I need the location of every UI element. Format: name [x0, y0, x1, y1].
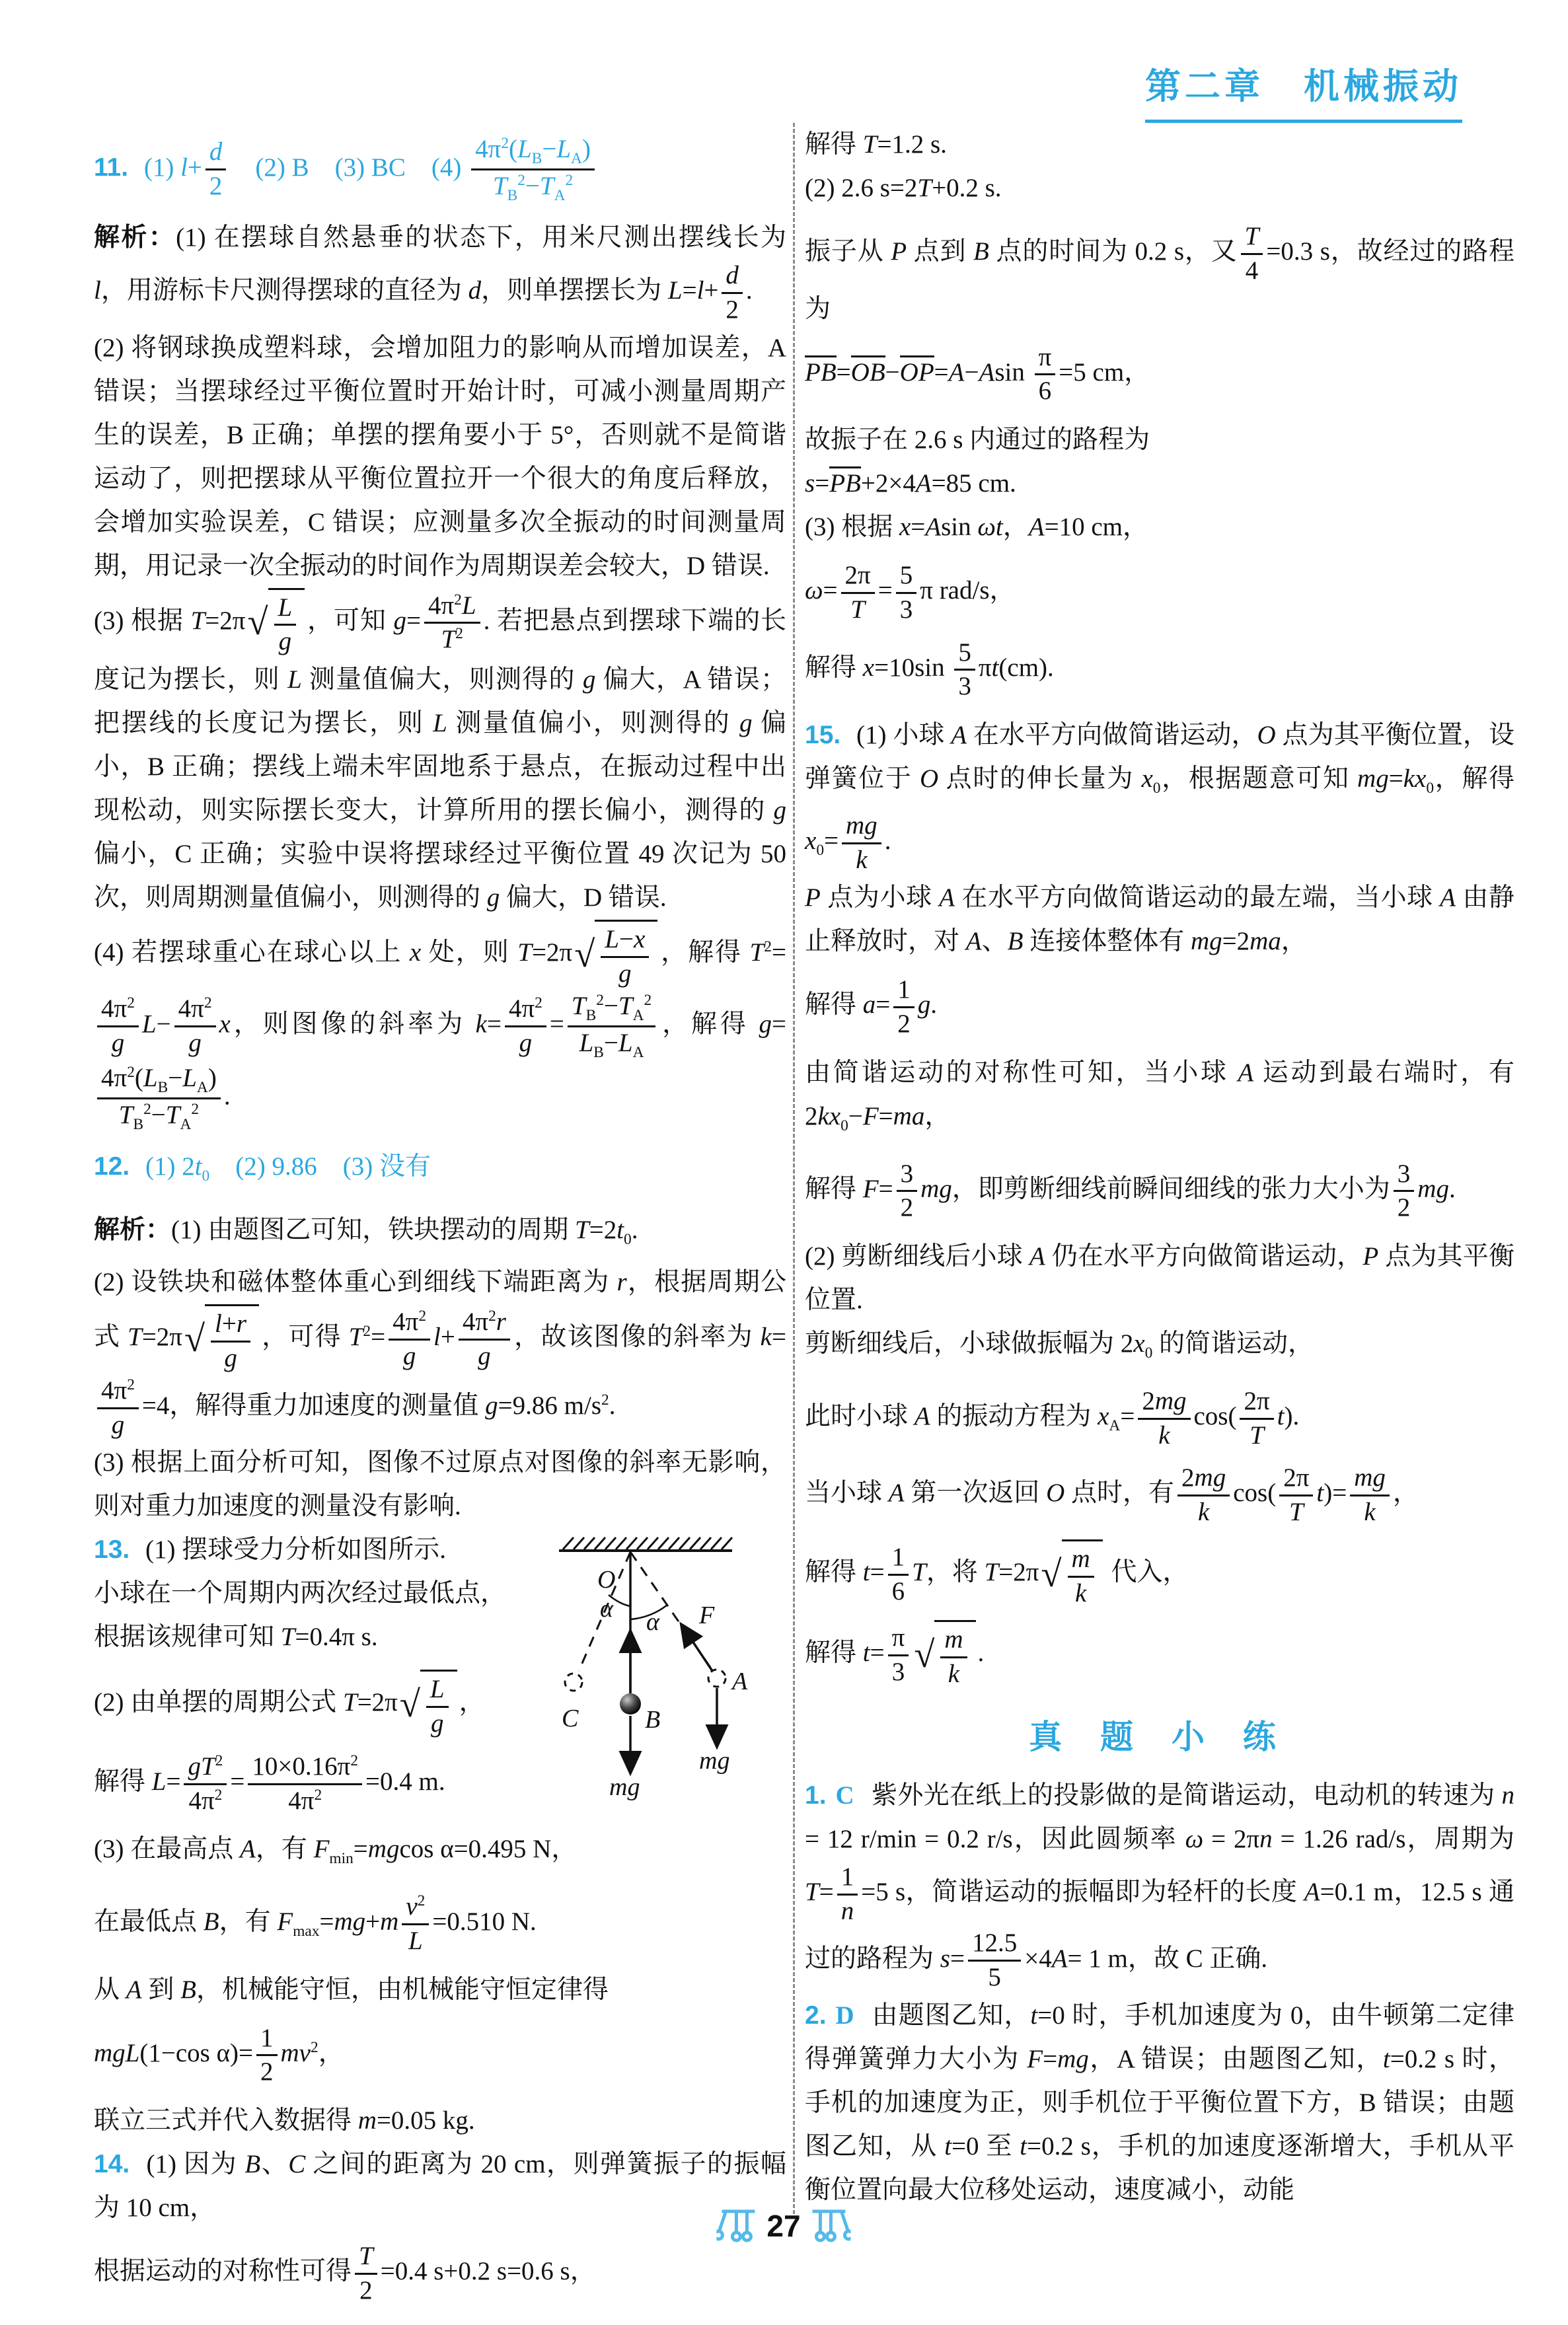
q13-solution-10: 联立三式并代入数据得 m=0.05 kg. [94, 2099, 786, 2143]
label-mg-a: mg [699, 1747, 729, 1775]
q11-solution-1: 解析：(1) 在摆球自然悬垂的状态下，用米尺测出摆线长为 l，用游标卡尺测得摆球… [94, 216, 786, 326]
chapter-title: 第二章 机械振动 [1145, 58, 1462, 123]
right-column: 解得 T=1.2 s. (2) 2.6 s=2T+0.2 s. 振子从 P 点到… [805, 123, 1514, 2212]
q12-solution-1: 解析：(1) 由题图乙可知，铁块摆动的周期 T=2t0. [94, 1208, 786, 1261]
q12-number: 12. [94, 1152, 130, 1181]
newton-cradle-icon [810, 2209, 851, 2243]
q14-cont-3: 振子从 P 点到 B 点的时间为 0.2 s，又T4=0.3 s，故经过的路程为 [805, 221, 1514, 331]
exam-practice-title: 真 题 小 练 [805, 1711, 1514, 1758]
q15-solution-1: 15. (1) 小球 A 在水平方向做简谐运动，O 点为其平衡位置，设弹簧位于 … [805, 714, 1514, 876]
q12-answers: (1) 2t0 (2) 9.86 (3) 没有 [145, 1152, 431, 1181]
q14-cont-7: (3) 根据 x=Asin ωt，A=10 cm， [805, 505, 1514, 549]
q15-solution-1-text: (1) 小球 A 在水平方向做简谐运动，O 点为其平衡位置，设弹簧位于 O 点时… [805, 721, 1514, 855]
q14-cont-4: PB=OB−OP=A−Asin π6=5 cm， [805, 342, 1514, 408]
ball-c-ghost [565, 1674, 582, 1691]
q14-solution-2: 根据运动的对称性可得T2=0.4 s+0.2 s=0.6 s， [94, 2240, 786, 2307]
column-divider [793, 123, 795, 2214]
q14-solution-1-text: (1) 因为 B、C 之间的距离为 20 cm，则弹簧振子的振幅为 10 cm， [94, 2150, 786, 2222]
q15-solution-10: 解得 t=16T，将 T=2π√mk 代入， [805, 1539, 1514, 1610]
exam-q2-number: 2. [805, 2001, 827, 2030]
q14-number: 14. [94, 2150, 130, 2178]
exam-q2-text: 由题图乙知，t=0 时，手机加速度为 0，由牛顿第二定律得弹簧弹力大小为 F=m… [805, 2001, 1514, 2204]
label-alpha-left: α [600, 1595, 614, 1623]
label-f: F [698, 1602, 715, 1629]
q15-solution-7: 剪断细线后，小球做振幅为 2x0 的简谐运动， [805, 1322, 1514, 1375]
ball-a-ghost [708, 1670, 726, 1687]
ball-b [620, 1693, 641, 1715]
q11-solution-4: (4) 若摆球重心在球心以上 x 处，则 T=2π√L−xg，解得 T2=4π2… [94, 920, 786, 1134]
q13-solution-8: 从 A 到 B，机械能守恒，由机械能守恒定律得 [94, 1968, 786, 2012]
exam-q2: 2.D由题图乙知，t=0 时，手机加速度为 0，由牛顿第二定律得弹簧弹力大小为 … [805, 1994, 1514, 2212]
q13-solution-7: 在最低点 B，有 Fmax=mg+mv2L=0.510 N. [94, 1891, 786, 1958]
q11-solution-3: (3) 根据 T=2π√Lg，可知 g=4π2LT2. 若把悬点到摆球下端的长度… [94, 588, 786, 920]
q14-cont-6: s=PB+2×4A=85 cm. [805, 462, 1514, 505]
label-b: B [645, 1706, 660, 1734]
q13-solution-9: mgL(1−cos α)=12mv2， [94, 2022, 786, 2089]
q14-cont-1: 解得 T=1.2 s. [805, 123, 1514, 166]
q14-cont-5: 故振子在 2.6 s 内通过的路程为 [805, 418, 1514, 462]
q13-number: 13. [94, 1535, 130, 1564]
newton-cradle-icon [716, 2209, 757, 2243]
q12-answer-line: 12. (1) 2t0 (2) 9.86 (3) 没有 [94, 1145, 786, 1198]
exam-q1-number: 1. [805, 1781, 827, 1810]
q11-answers: (1) l+d2 (2) B (3) BC (4) 4π2(LB−LA)TB2−… [144, 153, 598, 182]
q11-answer-line: 11. (1) l+d2 (2) B (3) BC (4) 4π2(LB−LA)… [94, 133, 786, 205]
pendulum-force-diagram: O α α C B A F mg mg [559, 1532, 786, 1816]
left-column: 11. (1) l+d2 (2) B (3) BC (4) 4π2(LB−LA)… [94, 123, 786, 2318]
label-mg-b: mg [609, 1773, 640, 1801]
exam-q1-text: 紫外光在纸上的投影做的是简谐运动，电动机的转速为 n = 12 r/min = … [805, 1781, 1514, 1973]
q11-solution-2: (2) 将钢球换成塑料球，会增加阻力的影响从而增加误差，A 错误；当摆球经过平衡… [94, 326, 786, 588]
exam-q1: 1.C紫外光在纸上的投影做的是简谐运动，电动机的转速为 n = 12 r/min… [805, 1774, 1514, 1994]
label-c: C [562, 1705, 579, 1732]
q13-solution-6: (3) 在最高点 A，有 Fmin=mgcos α=0.495 N， [94, 1827, 786, 1880]
q15-solution-4: 由简谐运动的对称性可知，当小球 A 运动到最右端时，有 2kx0−F=ma， [805, 1051, 1514, 1148]
q15-solution-5: 解得 F=32mg，即剪断细线前瞬间细线的张力大小为32mg. [805, 1158, 1514, 1225]
q13-block: O α α C B A F mg mg 13. (1) 摆球受力分析如图所示. … [94, 1528, 786, 2143]
q15-solution-11: 解得 t=π3√mk. [805, 1620, 1514, 1691]
q14-cont-8: ω=2πT=53π rad/s， [805, 560, 1514, 626]
f-arrow [686, 1631, 712, 1671]
q12-solution-3: (3) 根据上面分析可知，图像不过原点对图像的斜率无影响，则对重力加速度的测量没… [94, 1441, 786, 1528]
q15-solution-6: (2) 剪断细线后小球 A 仍在水平方向做简谐运动，P 点为其平衡位置. [805, 1235, 1514, 1322]
q14-cont-2: (2) 2.6 s=2T+0.2 s. [805, 166, 1514, 210]
q12-solution-2: (2) 设铁块和磁体整体重心到细线下端距离为 r，根据周期公式 T=2π√l+r… [94, 1261, 786, 1441]
q15-solution-3: 解得 a=12g. [805, 974, 1514, 1041]
q14-solution-1: 14. (1) 因为 B、C 之间的距离为 20 cm，则弹簧振子的振幅为 10… [94, 2143, 786, 2230]
exam-q1-answer: C [836, 1781, 854, 1810]
page-header: 第二章 机械振动 [1145, 58, 1462, 123]
label-o: O [597, 1566, 615, 1594]
exam-q2-answer: D [836, 2001, 854, 2030]
ceiling-hatch-icon [559, 1537, 732, 1551]
q13-solution-1-text: (1) 摆球受力分析如图所示. [145, 1535, 446, 1564]
q15-number: 15. [805, 721, 840, 749]
q15-solution-2: P 点为小球 A 在水平方向做简谐运动的最左端，当小球 A 由静止释放时，对 A… [805, 876, 1514, 963]
label-alpha-right: α [646, 1608, 660, 1636]
q11-number: 11. [94, 153, 128, 182]
page-footer: 27 [716, 2208, 850, 2244]
q15-solution-8: 此时小球 A 的振动方程为 xA=2mgkcos(2πTt). [805, 1385, 1514, 1452]
label-a: A [730, 1668, 748, 1695]
page-number: 27 [766, 2208, 800, 2244]
q14-cont-9: 解得 x=10sin 53πt(cm). [805, 637, 1514, 704]
q15-solution-9: 当小球 A 第一次返回 O 点时，有2mgkcos(2πTt)=mgk， [805, 1462, 1514, 1529]
